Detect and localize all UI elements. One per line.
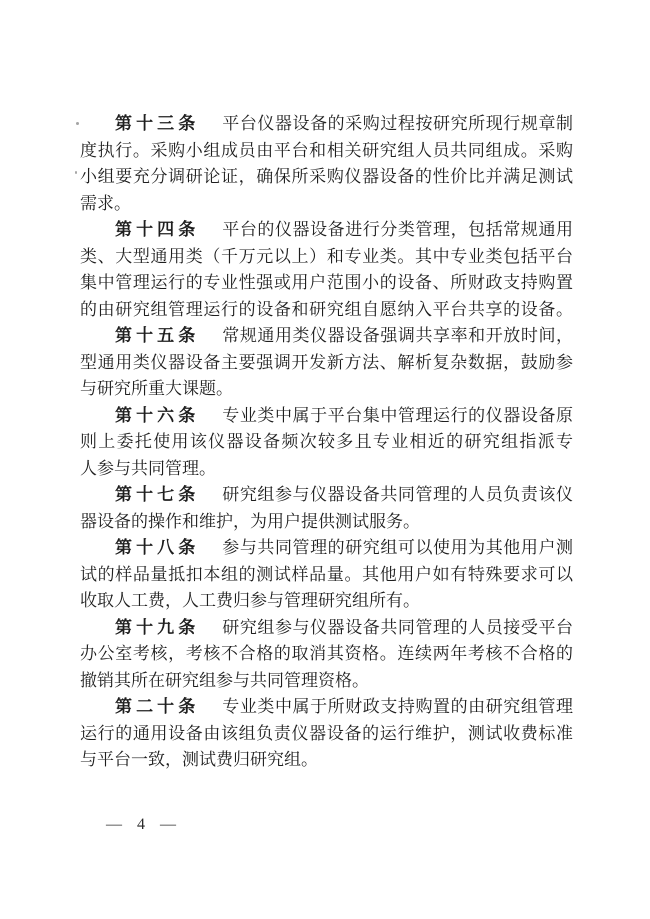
- article-paragraph-18: 第十八条参与共同管理的研究组可以使用为其他用户测 试的样品量抵扣本组的测试样品量…: [80, 535, 573, 615]
- text-line: 第十七条研究组参与仪器设备共同管理的人员负责该仪: [80, 482, 573, 509]
- text-line: 第十五条常规通用类仪器设备强调共享率和开放时间，大: [80, 323, 573, 350]
- text-line: 则上委托使用该仪器设备频次较多且专业相近的研究组指派专: [80, 429, 573, 456]
- text-line: 第十四条平台的仪器设备进行分类管理，包括常规通用: [80, 217, 573, 244]
- page-number: — 4 —: [106, 816, 177, 834]
- text-line: 类、大型通用类（千万元以上）和专业类。其中专业类包括平台: [80, 244, 573, 271]
- scan-speck: [75, 171, 77, 174]
- text-line: 度执行。采购小组成员由平台和相关研究组人员共同组成。采购: [80, 138, 573, 165]
- text-line: 的由研究组管理运行的设备和研究组自愿纳入平台共享的设备。: [80, 297, 573, 324]
- article-number: 第十七条: [115, 485, 199, 504]
- text-line: 与平台一致，测试费归研究组。: [80, 747, 573, 774]
- text-line: 收取人工费，人工费归参与管理研究组所有。: [80, 588, 573, 615]
- text-line: 第十八条参与共同管理的研究组可以使用为其他用户测: [80, 535, 573, 562]
- text-line: 器设备的操作和维护，为用户提供测试服务。: [80, 509, 573, 536]
- text-line: 与研究所重大课题。: [80, 376, 573, 403]
- article-number: 第十五条: [115, 326, 199, 345]
- article-paragraph-16: 第十六条专业类中属于平台集中管理运行的仪器设备原 则上委托使用该仪器设备频次较多…: [80, 403, 573, 483]
- text-line: 撤销其所在研究组参与共同管理资格。: [80, 668, 573, 695]
- article-text: 专业类中属于所财政支持购置的由研究组管理: [222, 697, 573, 716]
- scan-speck: [76, 122, 79, 125]
- text-line: 需求。: [80, 191, 573, 218]
- article-paragraph-19: 第十九条研究组参与仪器设备共同管理的人员接受平台 办公室考核，考核不合格的取消其…: [80, 615, 573, 695]
- article-text: 平台仪器设备的采购过程按研究所现行规章制: [222, 114, 573, 133]
- document-body: 第十三条平台仪器设备的采购过程按研究所现行规章制 度执行。采购小组成员由平台和相…: [80, 111, 573, 774]
- article-paragraph-13: 第十三条平台仪器设备的采购过程按研究所现行规章制 度执行。采购小组成员由平台和相…: [80, 111, 573, 217]
- article-paragraph-20: 第二十条专业类中属于所财政支持购置的由研究组管理 运行的通用设备由该组负责仪器设…: [80, 694, 573, 774]
- article-number: 第十八条: [115, 538, 199, 557]
- article-text: 平台的仪器设备进行分类管理，包括常规通用: [222, 220, 573, 239]
- article-text: 研究组参与仪器设备共同管理的人员负责该仪: [222, 485, 573, 504]
- article-number: 第十三条: [115, 114, 199, 133]
- text-line: 人参与共同管理。: [80, 456, 573, 483]
- article-paragraph-17: 第十七条研究组参与仪器设备共同管理的人员负责该仪 器设备的操作和维护，为用户提供…: [80, 482, 573, 535]
- article-text: 研究组参与仪器设备共同管理的人员接受平台: [222, 618, 573, 637]
- text-line: 运行的通用设备由该组负责仪器设备的运行维护，测试收费标准: [80, 721, 573, 748]
- article-text: 专业类中属于平台集中管理运行的仪器设备原: [222, 406, 573, 425]
- text-line: 试的样品量抵扣本组的测试样品量。其他用户如有特殊要求可以: [80, 562, 573, 589]
- article-text: 参与共同管理的研究组可以使用为其他用户测: [222, 538, 573, 557]
- text-line: 第十三条平台仪器设备的采购过程按研究所现行规章制: [80, 111, 573, 138]
- document-page: 第十三条平台仪器设备的采购过程按研究所现行规章制 度执行。采购小组成员由平台和相…: [0, 0, 650, 919]
- text-line: 第十六条专业类中属于平台集中管理运行的仪器设备原: [80, 403, 573, 430]
- text-line: 第二十条专业类中属于所财政支持购置的由研究组管理: [80, 694, 573, 721]
- text-line: 集中管理运行的专业性强或用户范围小的设备、所财政支持购置: [80, 270, 573, 297]
- article-paragraph-15: 第十五条常规通用类仪器设备强调共享率和开放时间，大 型通用类仪器设备主要强调开发…: [80, 323, 573, 403]
- text-line: 第十九条研究组参与仪器设备共同管理的人员接受平台: [80, 615, 573, 642]
- article-number: 第十六条: [115, 406, 199, 425]
- text-line: 办公室考核，考核不合格的取消其资格。连续两年考核不合格的: [80, 641, 573, 668]
- article-paragraph-14: 第十四条平台的仪器设备进行分类管理，包括常规通用 类、大型通用类（千万元以上）和…: [80, 217, 573, 323]
- article-number: 第二十条: [115, 697, 199, 716]
- text-line: 型通用类仪器设备主要强调开发新方法、解析复杂数据，鼓励参: [80, 350, 573, 377]
- text-line: 小组要充分调研论证，确保所采购仪器设备的性价比并满足测试: [80, 164, 573, 191]
- article-number: 第十九条: [115, 618, 199, 637]
- article-number: 第十四条: [115, 220, 199, 239]
